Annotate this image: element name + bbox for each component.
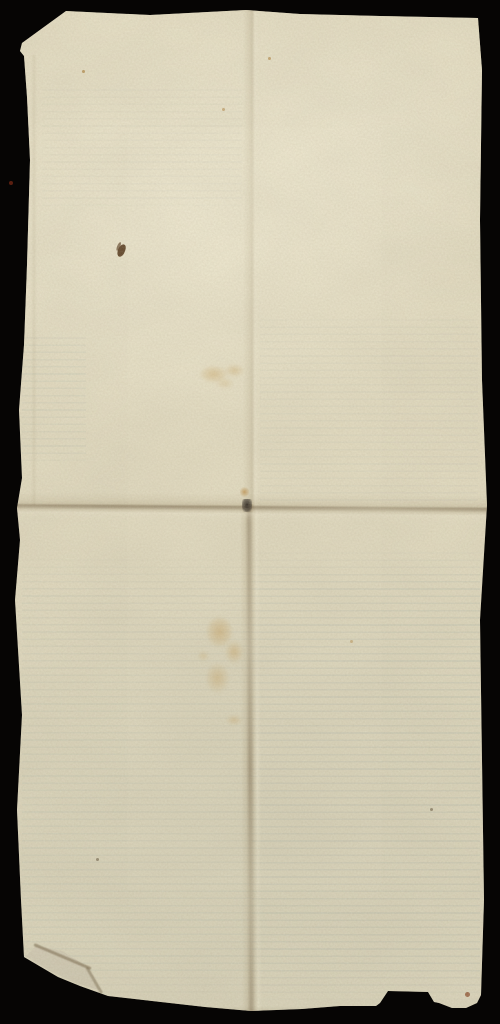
fold-intersection-dark-spot <box>242 499 252 512</box>
fold-intersection-amber-speck <box>240 487 249 497</box>
photo-background <box>0 0 500 1024</box>
paper-sheet <box>0 0 500 1024</box>
background-red-speck <box>9 181 13 185</box>
vertical-fold-crease-lower <box>240 504 262 1012</box>
stain-small-lower <box>220 710 248 730</box>
faint-left-crease <box>31 55 37 505</box>
ink-speck <box>116 243 127 258</box>
showthrough-text-lower-right <box>252 545 480 1007</box>
showthrough-text-upper-right <box>260 312 478 517</box>
vertical-fold-crease-upper <box>243 8 261 508</box>
showthrough-text-top-left <box>42 82 242 212</box>
scattered-flecks <box>82 70 85 73</box>
stain-upper-tan-blotch <box>194 358 250 394</box>
stain-center-large <box>188 610 258 710</box>
